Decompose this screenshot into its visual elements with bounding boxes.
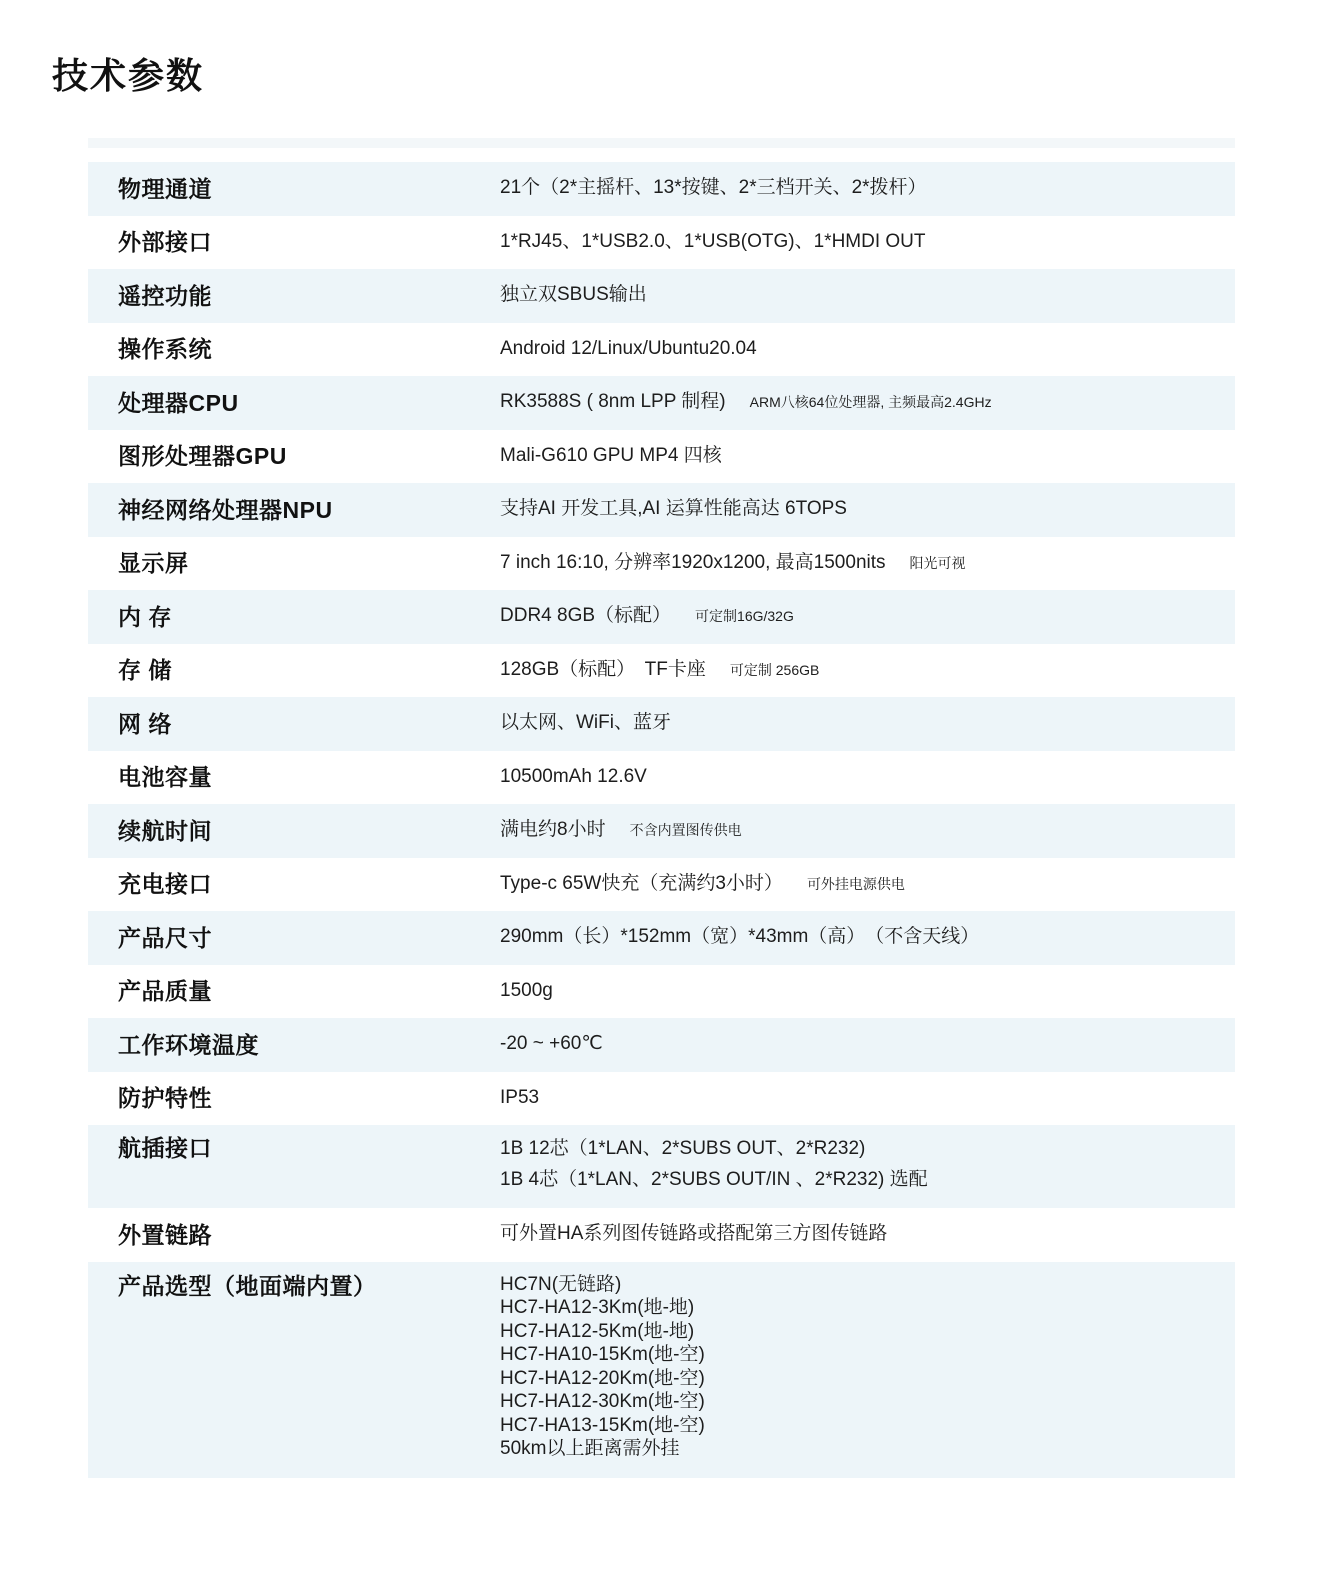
spec-label: 产品选型（地面端内置） [88, 1273, 500, 1299]
spec-value-line: HC7-HA10-15Km(地-空) [500, 1343, 1235, 1367]
spec-label: 外置链路 [88, 1222, 500, 1248]
spec-value-text: 290mm（长）*152mm（宽）*43mm（高） （不含天线） [500, 926, 979, 947]
spec-value-text: 7 inch 16:10, 分辨率1920x1200, 最高1500nits [500, 552, 886, 573]
spec-value-text: RK3588S ( 8nm LPP 制程) [500, 391, 726, 412]
table-row: 产品质量1500g [88, 965, 1235, 1019]
page-title: 技术参数 [52, 48, 204, 99]
spec-label: 工作环境温度 [88, 1032, 500, 1058]
spec-value-text: -20 ~ +60℃ [500, 1033, 603, 1054]
spec-label: 产品尺寸 [88, 925, 500, 951]
spec-value: 以太网、WiFi、蓝牙 [500, 711, 1235, 736]
table-row: 遥控功能独立双SBUS输出 [88, 269, 1235, 323]
spec-label: 图形处理器GPU [88, 443, 500, 469]
table-row: 防护特性IP53 [88, 1072, 1235, 1126]
spec-label: 神经网络处理器NPU [88, 497, 500, 523]
spec-value-text: 1*RJ45、1*USB2.0、1*USB(OTG)、1*HMDI OUT [500, 231, 926, 252]
spec-value: 独立双SBUS输出 [500, 283, 1235, 308]
spec-table: 物理通道21个（2*主摇杆、13*按键、2*三档开关、2*拨杆）外部接口1*RJ… [88, 138, 1235, 1478]
table-row: 操作系统Android 12/Linux/Ubuntu20.04 [88, 323, 1235, 377]
spec-value: Android 12/Linux/Ubuntu20.04 [500, 337, 1235, 362]
table-row: 外置链路可外置HA系列图传链路或搭配第三方图传链路 [88, 1208, 1235, 1262]
spec-value: 满电约8小时不含内置图传供电 [500, 818, 1235, 843]
spec-label: 续航时间 [88, 818, 500, 844]
table-row: 航插接口1B 12芯（1*LAN、2*SUBS OUT、2*R232)1B 4芯… [88, 1125, 1235, 1208]
spec-value: IP53 [500, 1086, 1235, 1111]
table-row: 续航时间满电约8小时不含内置图传供电 [88, 804, 1235, 858]
spec-value-line: HC7-HA12-3Km(地-地) [500, 1296, 1235, 1320]
spec-value-note: 可定制 256GB [730, 662, 819, 678]
spec-label: 处理器CPU [88, 390, 500, 416]
spec-value-text: 128GB（标配） TF卡座 [500, 659, 706, 680]
table-row: 电池容量10500mAh 12.6V [88, 751, 1235, 805]
table-row: 工作环境温度-20 ~ +60℃ [88, 1018, 1235, 1072]
spec-value-text: 以太网、WiFi、蓝牙 [500, 712, 671, 733]
spec-value-line: HC7-HA12-20Km(地-空) [500, 1367, 1235, 1391]
spec-label: 防护特性 [88, 1085, 500, 1111]
spec-value: Mali-G610 GPU MP4 四核 [500, 444, 1235, 469]
spec-value: 1500g [500, 979, 1235, 1004]
spec-value-text: 满电约8小时 [500, 819, 606, 840]
table-row: 网 络以太网、WiFi、蓝牙 [88, 697, 1235, 751]
spec-value-text: IP53 [500, 1087, 539, 1108]
spec-value: 支持AI 开发工具,AI 运算性能高达 6TOPS [500, 497, 1235, 522]
spec-value-note: 阳光可视 [910, 555, 966, 571]
spec-page: 技术参数 物理通道21个（2*主摇杆、13*按键、2*三档开关、2*拨杆）外部接… [0, 0, 1323, 1575]
spec-label: 内 存 [88, 604, 500, 630]
spec-value: -20 ~ +60℃ [500, 1032, 1235, 1057]
spec-value: HC7N(无链路)HC7-HA12-3Km(地-地)HC7-HA12-5Km(地… [500, 1273, 1235, 1461]
spec-value: Type-c 65W快充（充满约3小时）可外挂电源供电 [500, 872, 1235, 897]
spec-value-text: Android 12/Linux/Ubuntu20.04 [500, 338, 757, 359]
spec-value-text: DDR4 8GB（标配） [500, 605, 671, 626]
table-rows: 物理通道21个（2*主摇杆、13*按键、2*三档开关、2*拨杆）外部接口1*RJ… [88, 162, 1235, 1478]
spec-value-line: 1B 4芯（1*LAN、2*SUBS OUT/IN 、2*R232) 选配 [500, 1164, 1235, 1195]
spec-value-note: ARM八核64位处理器, 主频最高2.4GHz [750, 394, 992, 410]
table-row: 物理通道21个（2*主摇杆、13*按键、2*三档开关、2*拨杆） [88, 162, 1235, 216]
table-row: 内 存DDR4 8GB（标配）可定制16G/32G [88, 590, 1235, 644]
spec-value-text: 10500mAh 12.6V [500, 766, 647, 787]
spec-value-line: HC7-HA12-5Km(地-地) [500, 1320, 1235, 1344]
spec-label: 产品质量 [88, 978, 500, 1004]
spec-value-text: Mali-G610 GPU MP4 四核 [500, 445, 722, 466]
spec-value: 7 inch 16:10, 分辨率1920x1200, 最高1500nits阳光… [500, 551, 1235, 576]
spec-value: DDR4 8GB（标配）可定制16G/32G [500, 604, 1235, 629]
spec-label: 电池容量 [88, 764, 500, 790]
spec-label: 航插接口 [88, 1133, 500, 1164]
spec-label: 显示屏 [88, 550, 500, 576]
spec-value-line: HC7-HA12-30Km(地-空) [500, 1390, 1235, 1414]
table-header-strip [88, 138, 1235, 148]
spec-label: 外部接口 [88, 229, 500, 255]
table-row: 处理器CPURK3588S ( 8nm LPP 制程)ARM八核64位处理器, … [88, 376, 1235, 430]
spec-value-text: Type-c 65W快充（充满约3小时） [500, 873, 783, 894]
spec-label: 存 储 [88, 657, 500, 683]
spec-value: 1B 12芯（1*LAN、2*SUBS OUT、2*R232)1B 4芯（1*L… [500, 1133, 1235, 1195]
spec-value-line: HC7N(无链路) [500, 1273, 1235, 1297]
table-row: 显示屏7 inch 16:10, 分辨率1920x1200, 最高1500nit… [88, 537, 1235, 591]
spec-label: 充电接口 [88, 871, 500, 897]
spec-value: 可外置HA系列图传链路或搭配第三方图传链路 [500, 1222, 1235, 1247]
spec-value-line: 50km以上距离需外挂 [500, 1437, 1235, 1461]
spec-value: 290mm（长）*152mm（宽）*43mm（高） （不含天线） [500, 925, 1235, 950]
spec-label: 遥控功能 [88, 283, 500, 309]
table-row: 图形处理器GPUMali-G610 GPU MP4 四核 [88, 430, 1235, 484]
spec-value-note: 不含内置图传供电 [630, 822, 742, 838]
spec-label: 网 络 [88, 711, 500, 737]
table-row: 产品尺寸290mm（长）*152mm（宽）*43mm（高） （不含天线） [88, 911, 1235, 965]
spec-value-text: 21个（2*主摇杆、13*按键、2*三档开关、2*拨杆） [500, 177, 927, 198]
table-row: 外部接口1*RJ45、1*USB2.0、1*USB(OTG)、1*HMDI OU… [88, 216, 1235, 270]
spec-value-note: 可定制16G/32G [695, 608, 794, 624]
table-row: 充电接口Type-c 65W快充（充满约3小时）可外挂电源供电 [88, 858, 1235, 912]
spec-value: 1*RJ45、1*USB2.0、1*USB(OTG)、1*HMDI OUT [500, 230, 1235, 255]
table-row: 存 储128GB（标配） TF卡座可定制 256GB [88, 644, 1235, 698]
spec-value-line: HC7-HA13-15Km(地-空) [500, 1414, 1235, 1438]
table-row: 神经网络处理器NPU支持AI 开发工具,AI 运算性能高达 6TOPS [88, 483, 1235, 537]
table-row: 产品选型（地面端内置）HC7N(无链路)HC7-HA12-3Km(地-地)HC7… [88, 1262, 1235, 1478]
spec-value-text: 支持AI 开发工具,AI 运算性能高达 6TOPS [500, 498, 847, 519]
spec-value-line: 1B 12芯（1*LAN、2*SUBS OUT、2*R232) [500, 1133, 1235, 1164]
spec-value-text: 可外置HA系列图传链路或搭配第三方图传链路 [500, 1223, 887, 1244]
spec-value-text: 独立双SBUS输出 [500, 284, 647, 305]
spec-value-text: 1500g [500, 980, 553, 1001]
spec-value: RK3588S ( 8nm LPP 制程)ARM八核64位处理器, 主频最高2.… [500, 390, 1235, 415]
spec-value: 10500mAh 12.6V [500, 765, 1235, 790]
spec-value: 21个（2*主摇杆、13*按键、2*三档开关、2*拨杆） [500, 176, 1235, 201]
spec-label: 物理通道 [88, 176, 500, 202]
spec-value: 128GB（标配） TF卡座可定制 256GB [500, 658, 1235, 683]
spec-label: 操作系统 [88, 336, 500, 362]
spec-value-note: 可外挂电源供电 [807, 876, 905, 892]
